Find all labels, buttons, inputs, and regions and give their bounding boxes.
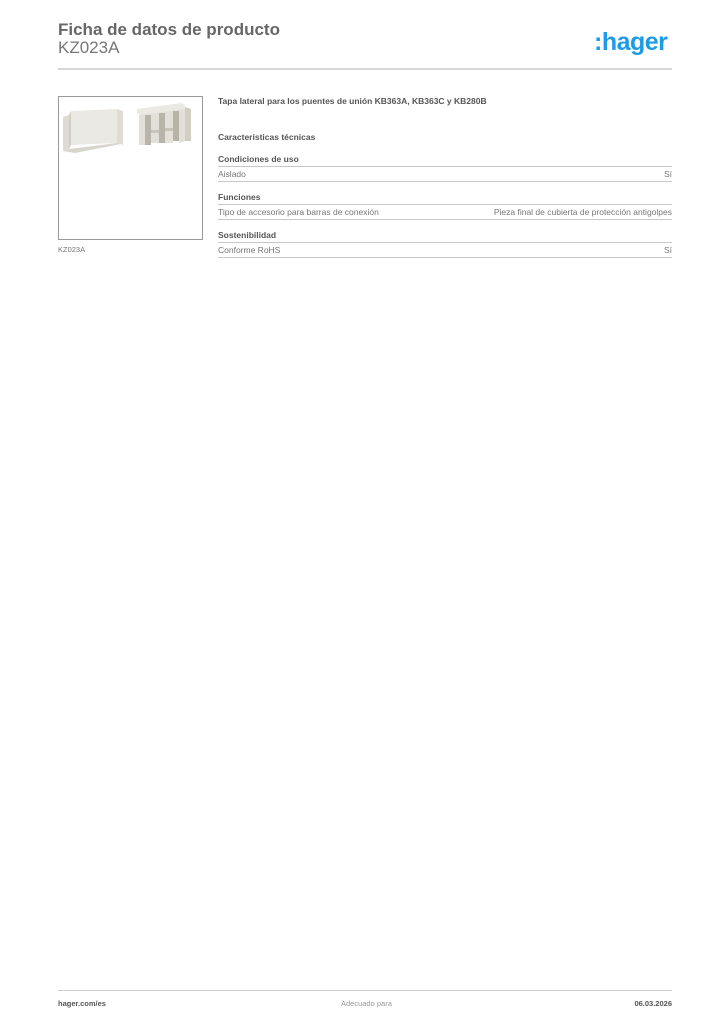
footer-divider [58,990,672,991]
spec-label: Aislado [218,169,246,179]
spec-value: Pieza final de cubierta de protección an… [494,207,672,217]
spec-row: Conforme RoHS Sí [218,243,672,258]
footer-suitable-for: Adecuado para [341,999,392,1008]
image-caption: KZ023A [58,245,85,254]
spec-group: Funciones Tipo de accesorio para barras … [218,192,672,220]
spec-group: Sostenibilidad Conforme RoHS Sí [218,230,672,258]
hager-logo: :hager [594,28,667,57]
spec-label: Conforme RoHS [218,245,280,255]
spec-row: Tipo de accesorio para barras de conexió… [218,205,672,220]
product-description: Tapa lateral para los puentes de unión K… [218,96,672,106]
spec-value: Sí [664,169,672,179]
specs-heading: Características técnicas [218,132,672,142]
spec-label: Tipo de accesorio para barras de conexió… [218,207,379,217]
footer-date: 06.03.2026 [634,999,672,1008]
header-divider [58,68,672,70]
product-photo-icon [59,97,202,239]
product-code: KZ023A [58,38,119,58]
spec-group-title: Sostenibilidad [218,230,672,243]
spec-group-title: Funciones [218,192,672,205]
product-image [58,96,203,240]
spec-value: Sí [664,245,672,255]
spec-group: Condiciones de uso Aislado Sí [218,154,672,182]
footer-website-link[interactable]: hager.com/es [58,999,106,1008]
spec-group-title: Condiciones de uso [218,154,672,167]
spec-row: Aislado Sí [218,167,672,182]
spec-content: Tapa lateral para los puentes de unión K… [218,96,672,268]
document-title: Ficha de datos de producto [58,20,280,40]
